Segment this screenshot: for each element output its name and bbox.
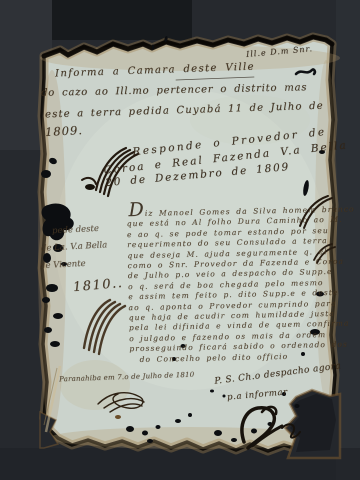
background-shadow <box>52 0 192 40</box>
body-paragraph: Diz Manoel Gomes da Silva homem brancoqu… <box>126 201 335 365</box>
manuscript-photo: Ill.e D.m Snr. Informa a Camara deste Vi… <box>0 0 360 480</box>
opening-year: 1809. <box>45 123 84 139</box>
